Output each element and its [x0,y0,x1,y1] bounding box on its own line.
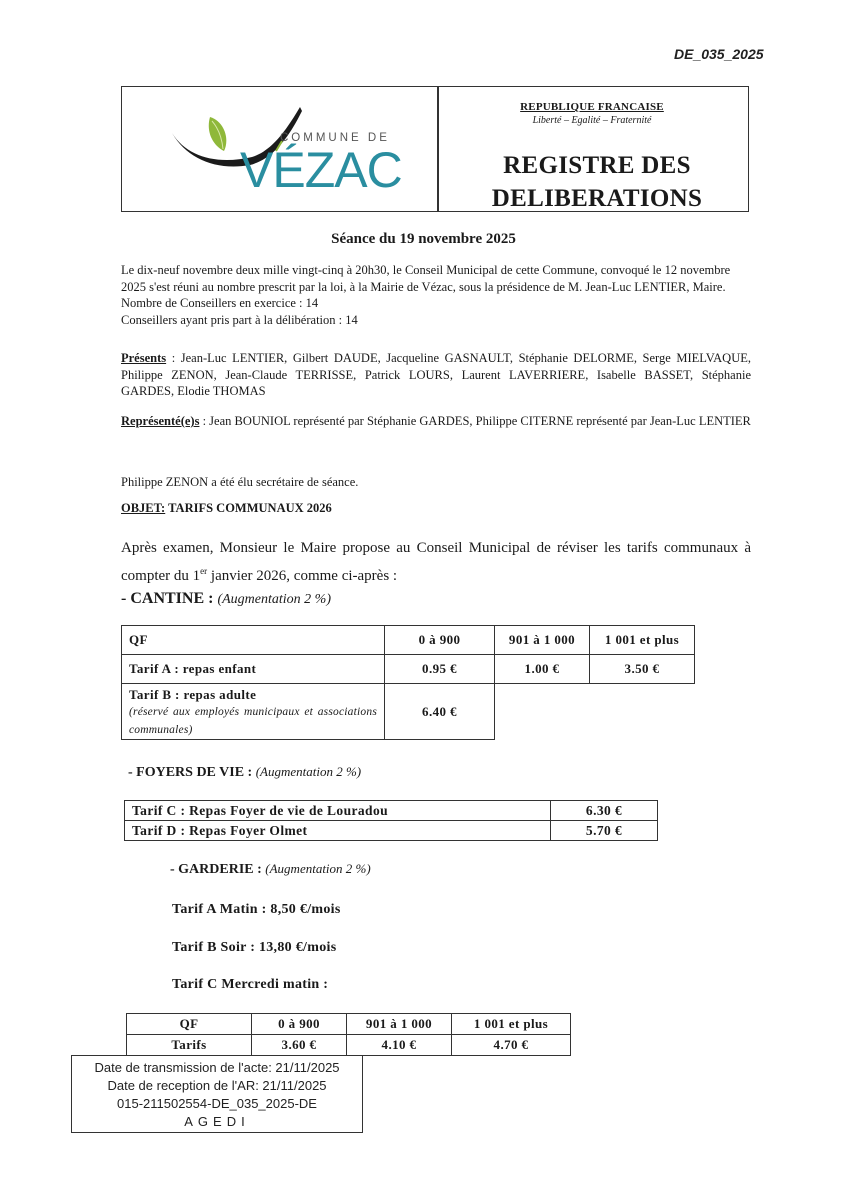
foyers-title: - FOYERS DE VIE : (Augmentation 2 %) [128,764,361,781]
table-cell: Tarifs [127,1035,252,1056]
vezac-logo-icon: COMMUNE DE VÉZAC [162,99,402,199]
intro-paragraph: Le dix-neuf novembre deux mille vingt-ci… [121,262,751,295]
transmission-stamp: Date de transmission de l'acte: 21/11/20… [71,1055,363,1133]
foyers-note: (Augmentation 2 %) [256,764,361,779]
foyers-label: - FOYERS DE VIE : [128,765,256,780]
cantine-title: - CANTINE : (Augmentation 2 %) [121,590,331,608]
table-cell: Tarif C : Repas Foyer de vie de Louradou [125,801,551,821]
table-row: Tarif A : repas enfant 0.95 € 1.00 € 3.5… [122,655,695,684]
presents-list: : Jean-Luc LENTIER, Gilbert DAUDE, Jacqu… [121,351,751,398]
table-row: Tarif C : Repas Foyer de vie de Louradou… [125,801,658,821]
cantine-table: QF 0 à 900 901 à 1 000 1 001 et plus Tar… [121,625,695,740]
table-cell: 6.30 € [551,801,658,821]
subject-line: OBJET: TARIFS COMMUNAUX 2026 [121,500,751,517]
table-cell: 1 001 et plus [452,1014,571,1035]
garderie-tarif-b: Tarif B Soir : 13,80 €/mois [172,940,336,956]
session-title: Séance du 19 novembre 2025 [0,231,847,248]
table-cell: 3.60 € [252,1035,347,1056]
table-cell: Tarif A : repas enfant [122,655,385,684]
secretary-line: Philippe ZENON a été élu secrétaire de s… [121,474,751,491]
garderie-tarif-a: Tarif A Matin : 8,50 €/mois [172,902,341,918]
represented-block: Représenté(e)s : Jean BOUNIOL représenté… [121,413,751,430]
logo-big-text: VÉZAC [240,142,402,198]
represented-label: Représenté(e)s [121,414,199,428]
table-cell: QF [127,1014,252,1035]
stamp-act-id: 015-211502554-DE_035_2025-DE [72,1095,362,1113]
cantine-label: - CANTINE : [121,590,217,607]
garderie-label: - GARDERIE : [170,862,265,877]
table-cell: 5.70 € [551,821,658,841]
presents-label: Présents [121,351,166,365]
table-cell: 0 à 900 [252,1014,347,1035]
stamp-agedi: AGEDI [72,1113,362,1131]
republic-block: REPUBLIQUE FRANCAISE Liberté – Egalité –… [442,101,742,126]
stamp-reception-date: Date de reception de l'AR: 21/11/2025 [72,1077,362,1095]
table-cell: 901 à 1 000 [347,1014,452,1035]
table-cell: Tarif B : repas adulte (réservé aux empl… [122,684,385,740]
represented-list: : Jean BOUNIOL représenté par Stéphanie … [199,414,750,428]
councillors-deliberating: Conseillers ayant pris part à la délibér… [121,312,751,329]
document-reference: DE_035_2025 [674,46,764,62]
garderie-tarif-c: Tarif C Mercredi matin : [172,977,328,993]
cantine-note: (Augmentation 2 %) [217,592,331,607]
table-cell: 1.00 € [495,655,590,684]
table-cell: 0 à 900 [385,626,495,655]
tarif-b-label: Tarif B : repas adulte [129,686,377,703]
register-title-line2: DELIBERATIONS [452,182,742,215]
register-title-line1: REGISTRE DES [452,149,742,182]
tarif-b-note: (réservé aux employés municipaux et asso… [129,703,377,739]
garderie-note: (Augmentation 2 %) [265,861,370,876]
presents-block: Présents : Jean-Luc LENTIER, Gilbert DAU… [121,350,751,400]
intro-block: Le dix-neuf novembre deux mille vingt-ci… [121,262,751,328]
empty-cell [495,684,590,740]
proposal-paragraph: Après examen, Monsieur le Maire propose … [121,537,751,588]
header-box: COMMUNE DE VÉZAC REPUBLIQUE FRANCAISE Li… [121,86,749,212]
proposal-text-end: janvier 2026, comme ci-après : [207,568,397,584]
table-row: Tarifs 3.60 € 4.10 € 4.70 € [127,1035,571,1056]
subject-label: OBJET: [121,501,165,515]
table-cell: 4.70 € [452,1035,571,1056]
register-title: REGISTRE DES DELIBERATIONS [452,149,742,215]
republic-motto: Liberté – Egalité – Fraternité [442,115,742,126]
table-cell: 1 001 et plus [590,626,695,655]
garderie-title: - GARDERIE : (Augmentation 2 %) [170,861,371,878]
table-row: Tarif B : repas adulte (réservé aux empl… [122,684,695,740]
subject-text: TARIFS COMMUNAUX 2026 [165,501,332,515]
table-row: QF 0 à 900 901 à 1 000 1 001 et plus [122,626,695,655]
table-cell: 6.40 € [385,684,495,740]
table-cell: 4.10 € [347,1035,452,1056]
mercredi-table: QF 0 à 900 901 à 1 000 1 001 et plus Tar… [126,1013,571,1056]
foyers-table: Tarif C : Repas Foyer de vie de Louradou… [124,800,658,841]
header-divider [437,87,439,211]
table-cell: 0.95 € [385,655,495,684]
stamp-transmission-date: Date de transmission de l'acte: 21/11/20… [72,1059,362,1077]
table-cell: 3.50 € [590,655,695,684]
table-cell: 901 à 1 000 [495,626,590,655]
empty-cell [590,684,695,740]
republic-label: REPUBLIQUE FRANCAISE [442,101,742,113]
table-row: QF 0 à 900 901 à 1 000 1 001 et plus [127,1014,571,1035]
councillors-in-office: Nombre de Conseillers en exercice : 14 [121,295,751,312]
table-cell: Tarif D : Repas Foyer Olmet [125,821,551,841]
table-row: Tarif D : Repas Foyer Olmet 5.70 € [125,821,658,841]
table-cell: QF [122,626,385,655]
